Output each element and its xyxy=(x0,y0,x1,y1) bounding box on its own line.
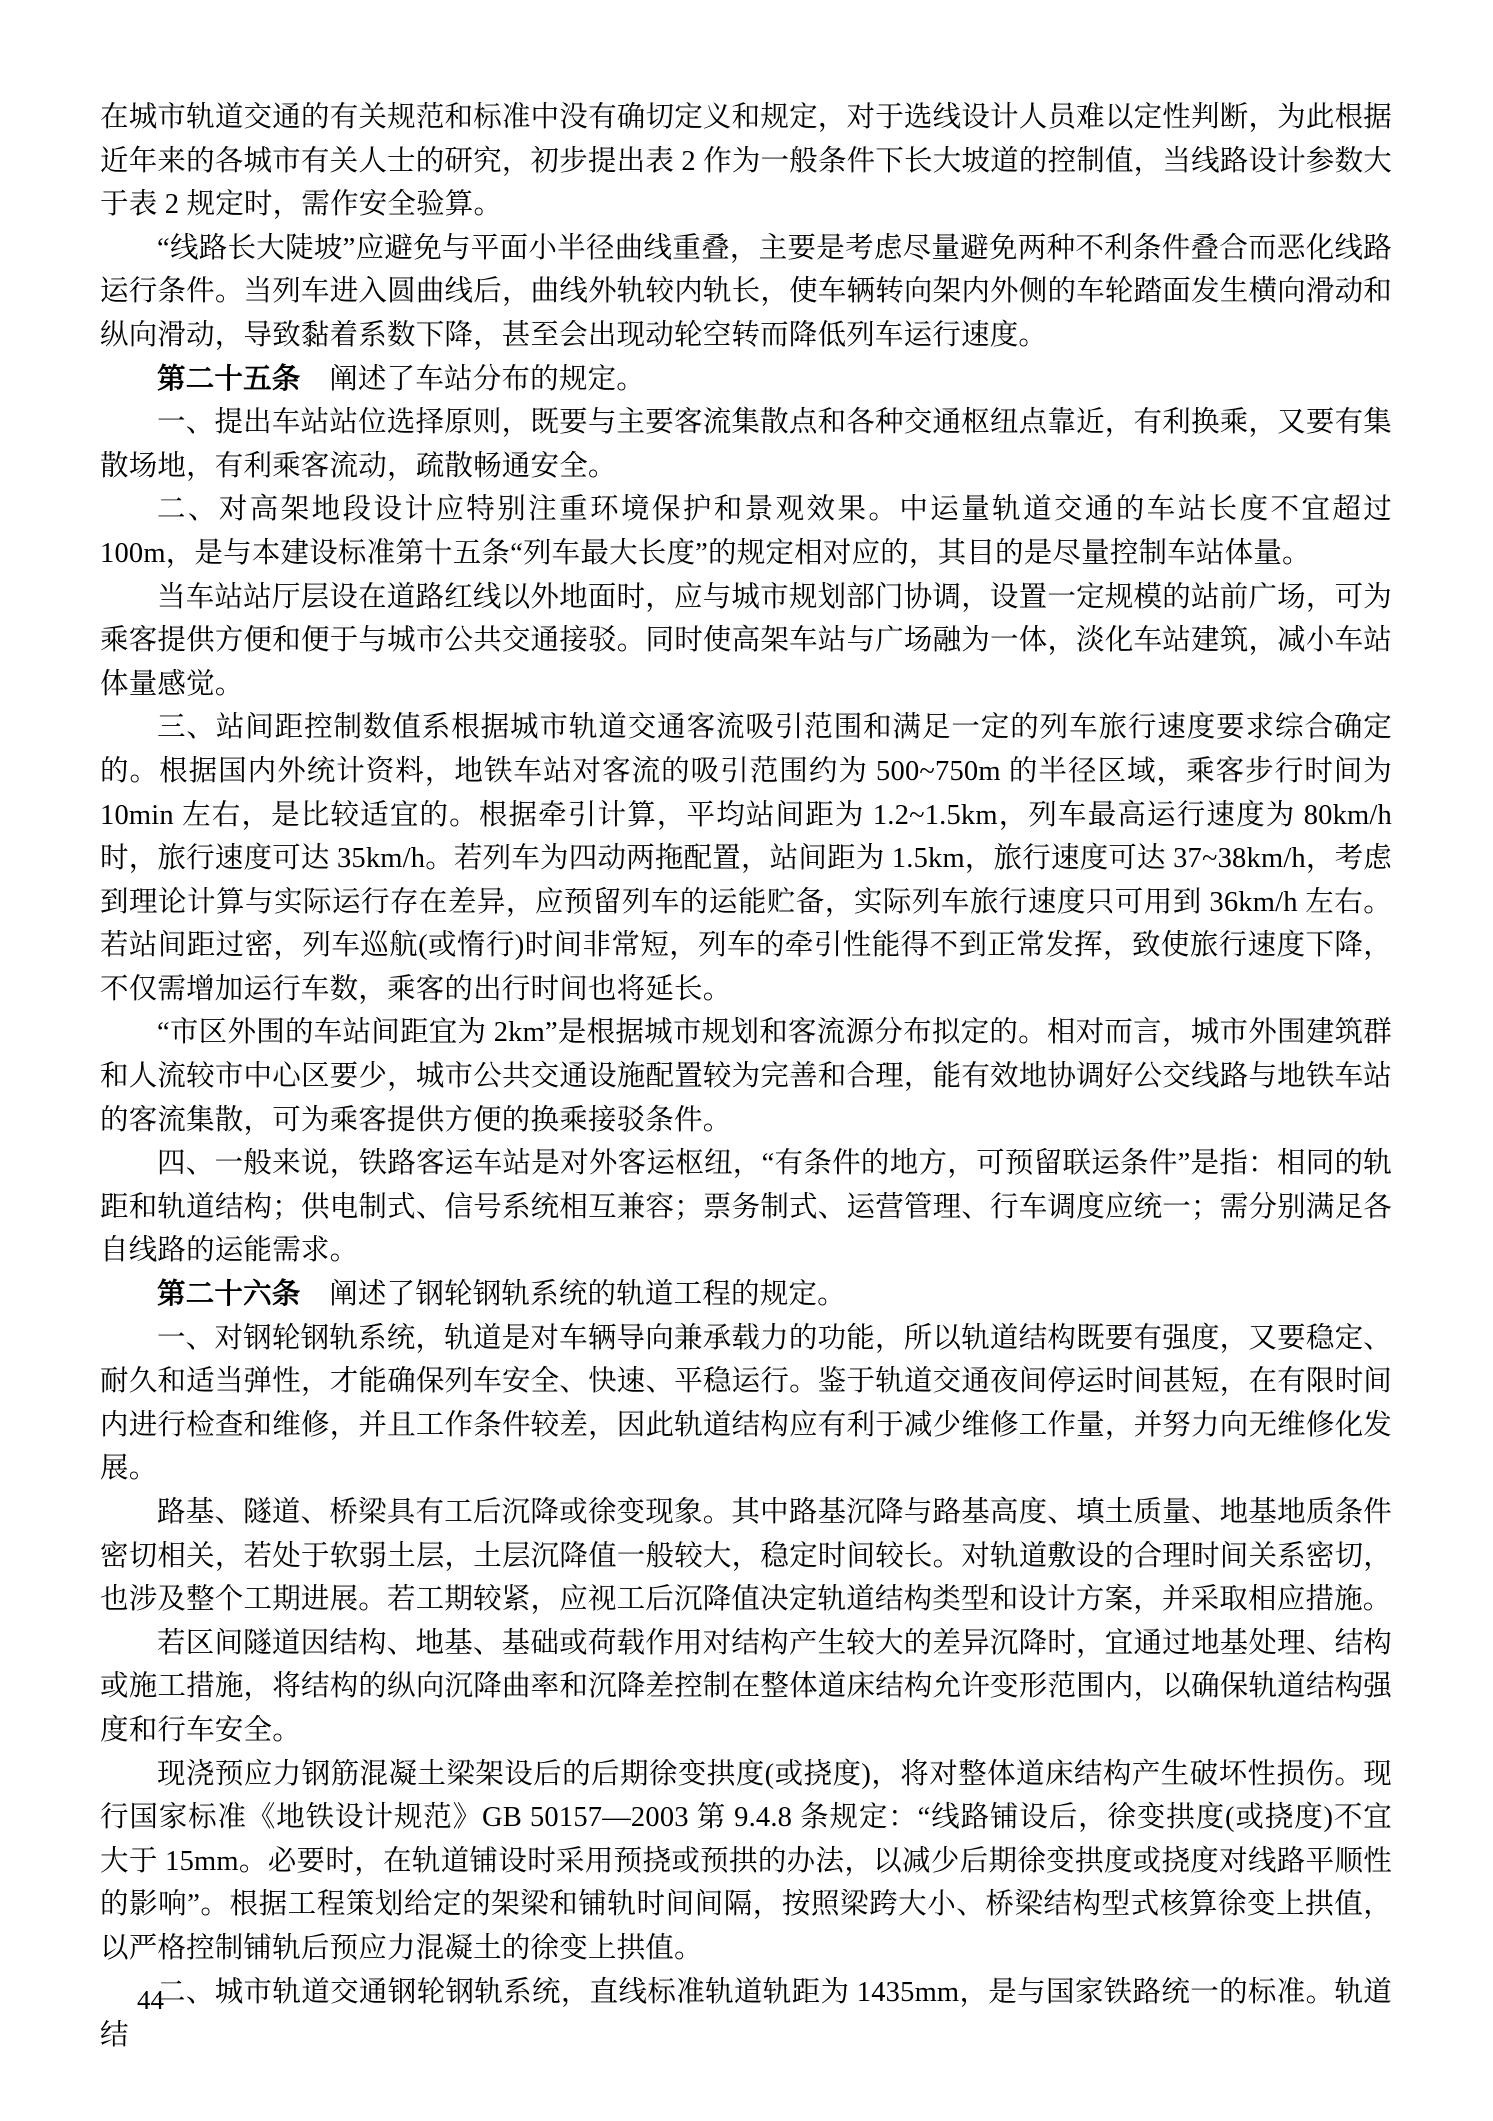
text-run: 三、站间距控制数值系根据城市轨道交通客流吸引范围和满足一定的列车旅行速度要求综合… xyxy=(100,712,1392,1005)
paragraph: 二、对高架地段设计应特别注重环境保护和景观效果。中运量轨道交通的车站长度不宜超过… xyxy=(100,488,1392,575)
paragraph: “市区外围的车站间距宜为 2km”是根据城市规划和客流源分布拟定的。相对而言，城… xyxy=(100,1011,1392,1142)
text-run: 阐述了车站分布的规定。 xyxy=(301,364,645,395)
text-run: 一、对钢轮钢轨系统，轨道是对车辆导向兼承载力的功能，所以轨道结构既要有强度，又要… xyxy=(100,1323,1392,1485)
text-run: 二、对高架地段设计应特别注重环境保护和景观效果。中运量轨道交通的车站长度不宜超过… xyxy=(100,494,1392,569)
paragraph: “线路长大陡坡”应避免与平面小半径曲线重叠，主要是考虑尽量避免两种不利条件叠合而… xyxy=(100,227,1392,358)
clause-paragraph: 第二十五条 阐述了车站分布的规定。 xyxy=(100,358,1392,402)
paragraph: 一、对钢轮钢轨系统，轨道是对车辆导向兼承载力的功能，所以轨道结构既要有强度，又要… xyxy=(100,1317,1392,1491)
paragraph: 二、城市轨道交通钢轮钢轨系统，直线标准轨道轨距为 1435mm，是与国家铁路统一… xyxy=(100,1971,1392,2058)
paragraph: 四、一般来说，铁路客运车站是对外客运枢纽，“有条件的地方，可预留联运条件”是指：… xyxy=(100,1142,1392,1273)
paragraph: 若区间隧道因结构、地基、基础或荷载作用对结构产生较大的差异沉降时，宜通过地基处理… xyxy=(100,1622,1392,1753)
text-run: 在城市轨道交通的有关规范和标准中没有确切定义和规定，对于选线设计人员难以定性判断… xyxy=(100,102,1392,220)
paragraph: 三、站间距控制数值系根据城市轨道交通客流吸引范围和满足一定的列车旅行速度要求综合… xyxy=(100,706,1392,1011)
text-run: 若区间隧道因结构、地基、基础或荷载作用对结构产生较大的差异沉降时，宜通过地基处理… xyxy=(100,1628,1392,1746)
clause-number: 第二十六条 xyxy=(157,1279,301,1310)
text-run: 二、城市轨道交通钢轮钢轨系统，直线标准轨道轨距为 1435mm，是与国家铁路统一… xyxy=(100,1977,1392,2052)
paragraph: 在城市轨道交通的有关规范和标准中没有确切定义和规定，对于选线设计人员难以定性判断… xyxy=(100,96,1392,227)
document-body: 在城市轨道交通的有关规范和标准中没有确切定义和规定，对于选线设计人员难以定性判断… xyxy=(100,96,1392,2058)
clause-number: 第二十五条 xyxy=(157,364,301,395)
paragraph: 路基、隧道、桥梁具有工后沉降或徐变现象。其中路基沉降与路基高度、填土质量、地基地… xyxy=(100,1491,1392,1622)
paragraph: 一、提出车站站位选择原则，既要与主要客流集散点和各种交通枢纽点靠近，有利换乘，又… xyxy=(100,401,1392,488)
text-run: 当车站站厅层设在道路红线以外地面时，应与城市规划部门协调，设置一定规模的站前广场… xyxy=(100,582,1392,700)
paragraph: 当车站站厅层设在道路红线以外地面时，应与城市规划部门协调，设置一定规模的站前广场… xyxy=(100,576,1392,707)
text-run: 现浇预应力钢筋混凝土梁架设后的后期徐变拱度(或挠度)，将对整体道床结构产生破坏性… xyxy=(100,1759,1392,1964)
text-run: 阐述了钢轮钢轨系统的轨道工程的规定。 xyxy=(301,1279,846,1310)
text-run: “线路长大陡坡”应避免与平面小半径曲线重叠，主要是考虑尽量避免两种不利条件叠合而… xyxy=(100,233,1392,351)
page-number: 44 xyxy=(137,1986,164,2016)
paragraph: 现浇预应力钢筋混凝土梁架设后的后期徐变拱度(或挠度)，将对整体道床结构产生破坏性… xyxy=(100,1753,1392,1971)
document-page: 在城市轨道交通的有关规范和标准中没有确切定义和规定，对于选线设计人员难以定性判断… xyxy=(0,0,1493,2121)
text-run: 路基、隧道、桥梁具有工后沉降或徐变现象。其中路基沉降与路基高度、填土质量、地基地… xyxy=(100,1497,1392,1615)
clause-paragraph: 第二十六条 阐述了钢轮钢轨系统的轨道工程的规定。 xyxy=(100,1273,1392,1317)
text-run: “市区外围的车站间距宜为 2km”是根据城市规划和客流源分布拟定的。相对而言，城… xyxy=(100,1017,1392,1135)
text-run: 一、提出车站站位选择原则，既要与主要客流集散点和各种交通枢纽点靠近，有利换乘，又… xyxy=(100,407,1392,482)
text-run: 四、一般来说，铁路客运车站是对外客运枢纽，“有条件的地方，可预留联运条件”是指：… xyxy=(100,1148,1392,1266)
